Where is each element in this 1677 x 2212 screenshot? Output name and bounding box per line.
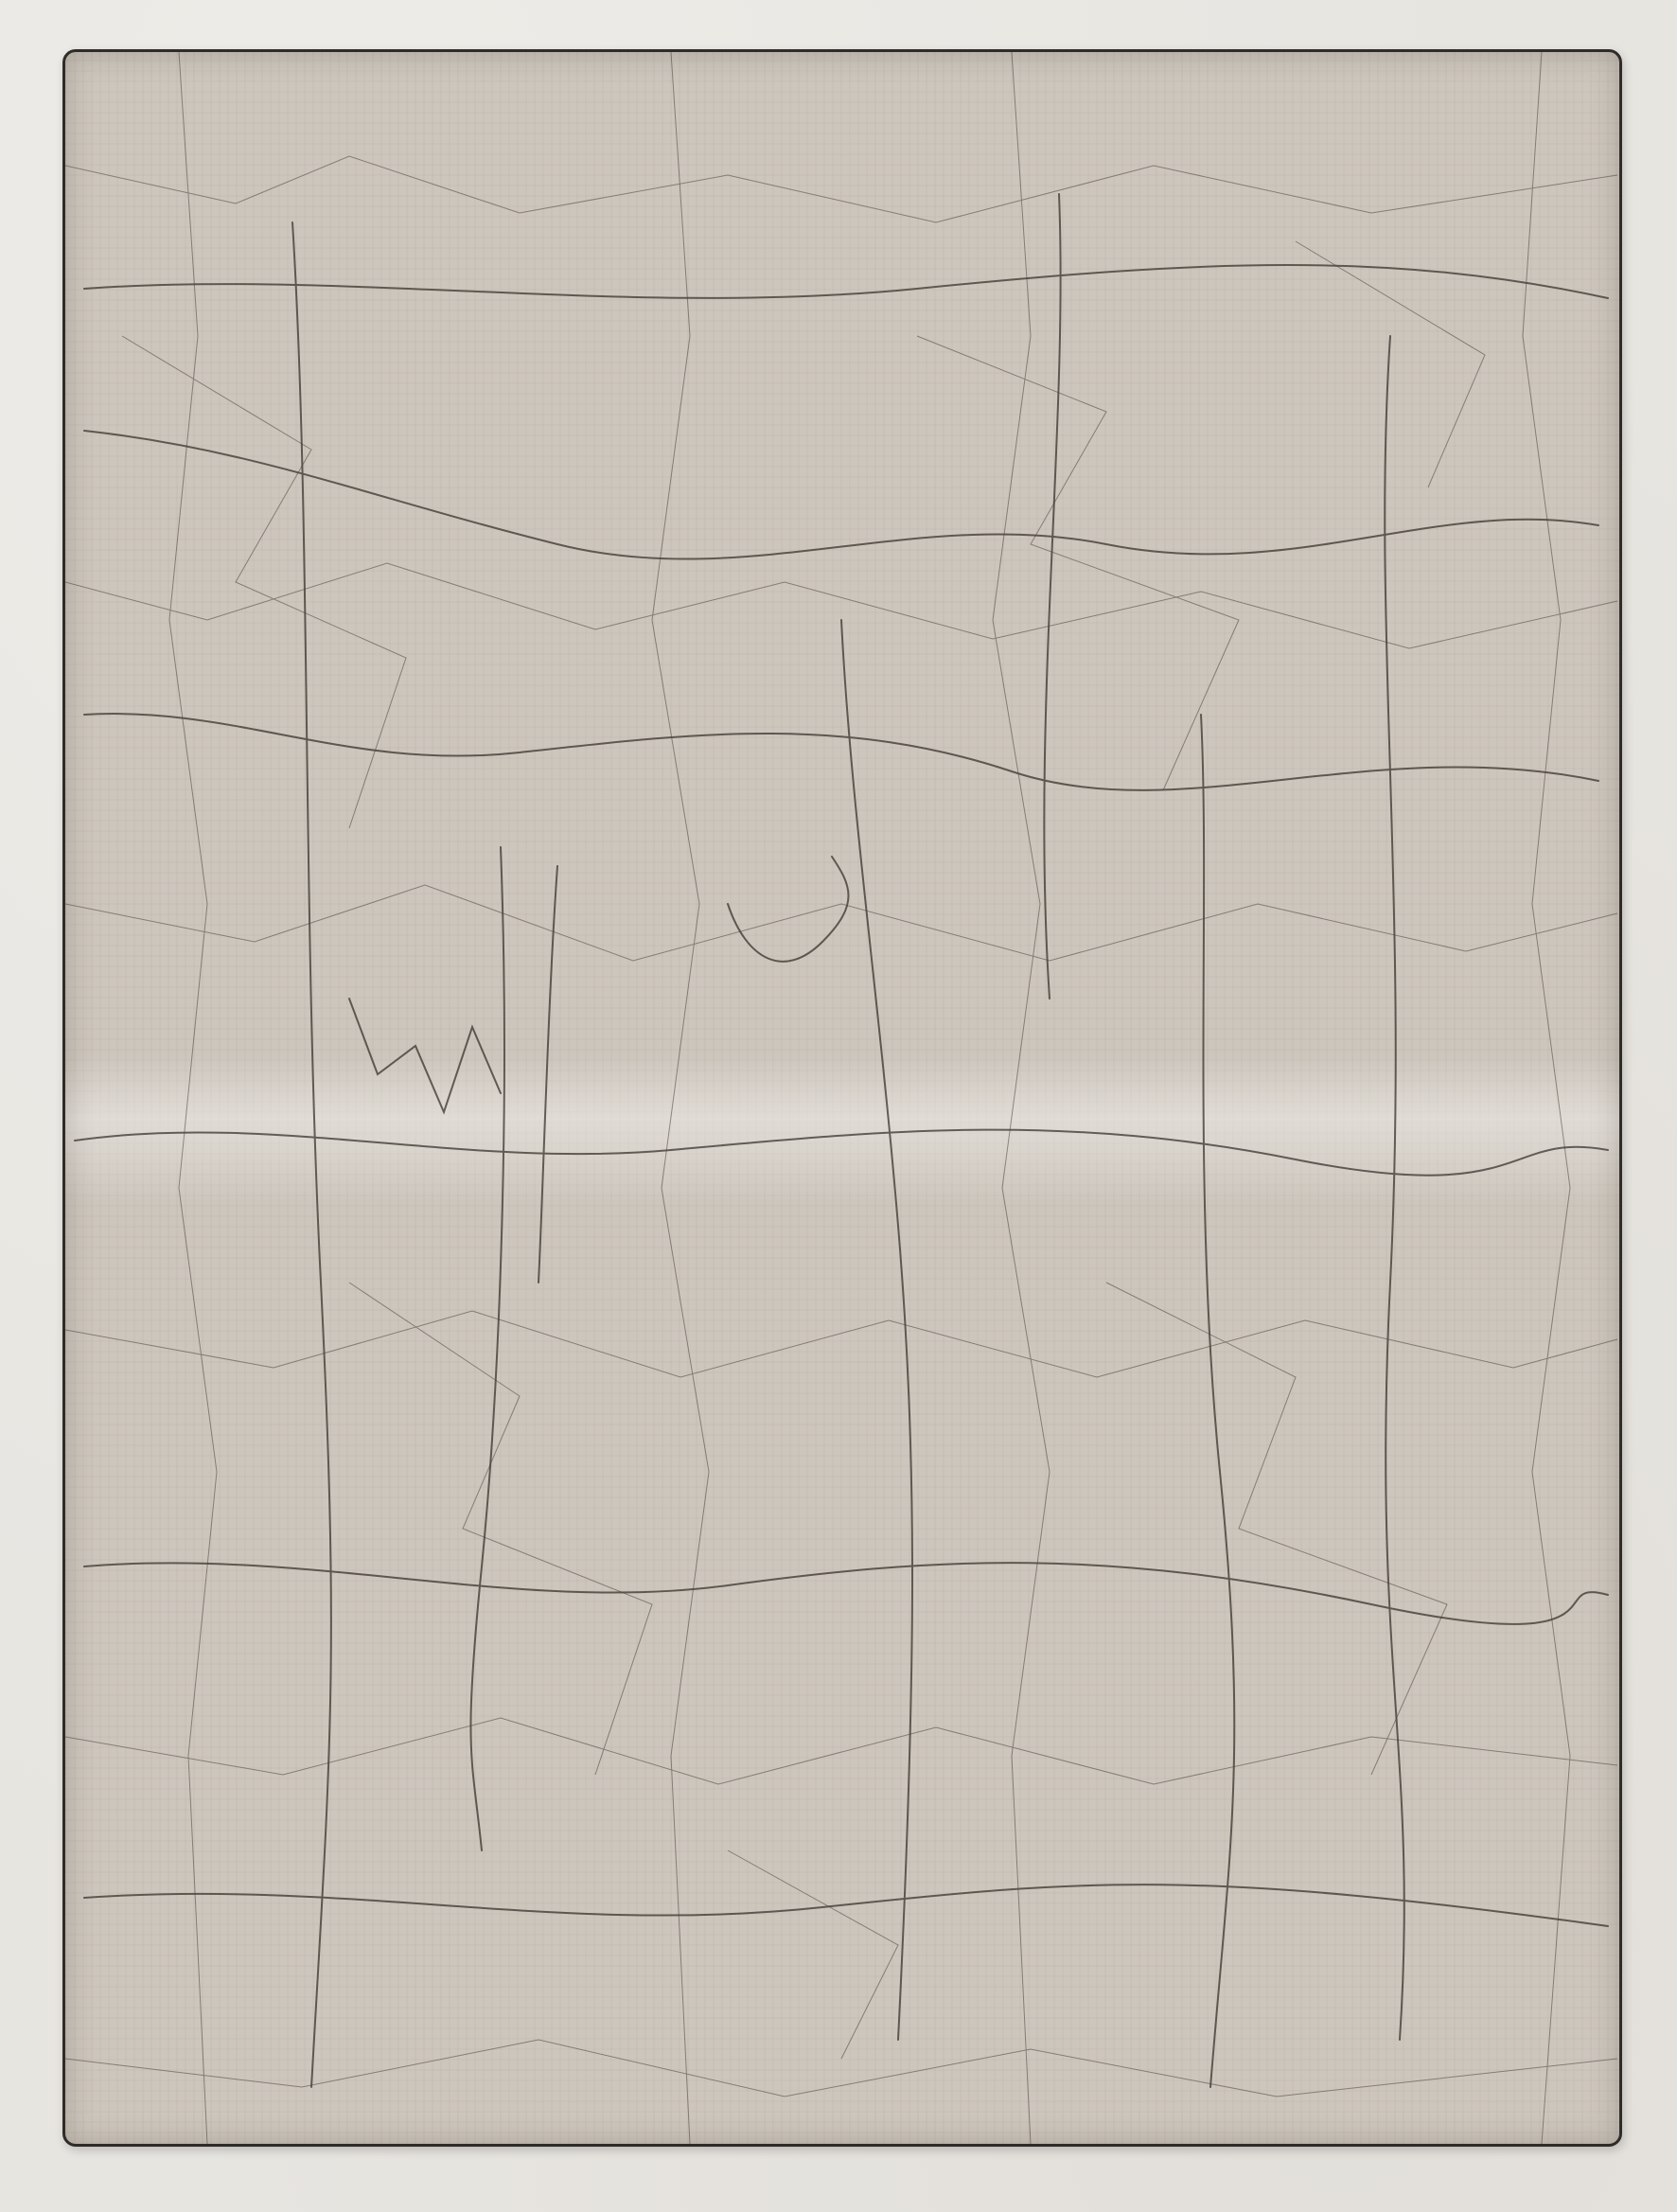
crackled-artwork-panel [62,49,1622,2147]
crack-texture [65,52,1619,2144]
